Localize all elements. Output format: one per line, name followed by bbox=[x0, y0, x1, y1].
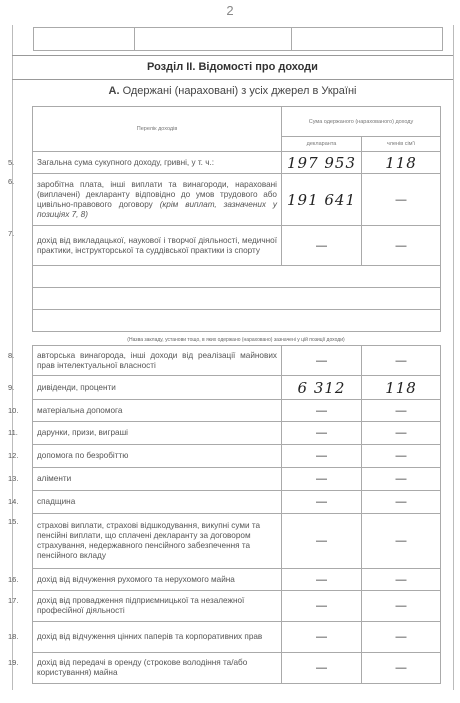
row-number: 16. bbox=[8, 575, 28, 585]
divider bbox=[12, 55, 453, 56]
header-declarant: декларанта bbox=[282, 137, 362, 152]
header-income-list: Перелік доходів bbox=[33, 107, 282, 152]
row-number: 19. bbox=[8, 658, 28, 668]
row-label: 13.аліменти bbox=[33, 468, 282, 491]
row-label: 9.дивіденди, проценти bbox=[33, 376, 282, 400]
institution-name-note: (Назва закладу, установи тощо, в яких од… bbox=[32, 337, 440, 343]
row-label-text: допомога по безробіттю bbox=[37, 451, 128, 460]
row-label: 5.Загальна сума сукупного доходу, гривні… bbox=[33, 152, 282, 174]
declarant-value: 191 641 bbox=[282, 174, 362, 226]
family-value: — bbox=[362, 174, 441, 226]
family-value: — bbox=[362, 445, 441, 468]
row-label: 6.заробітна плата, інші виплати та винаг… bbox=[33, 174, 282, 226]
family-value: — bbox=[362, 226, 441, 266]
row-label-text: матеріальна допомога bbox=[37, 406, 122, 415]
row-label-text: дивіденди, проценти bbox=[37, 383, 116, 392]
header-income-sum: Сума одержаного (нарахованого) доходу bbox=[282, 107, 441, 137]
previous-section-table-remnant bbox=[33, 27, 443, 51]
row-number: 6. bbox=[8, 177, 28, 187]
family-value: — bbox=[362, 569, 441, 591]
table-row: 7.дохід від викладацької, наукової і тво… bbox=[33, 226, 441, 266]
declarant-value: — bbox=[282, 622, 362, 653]
subsection-title: А. Одержані (нараховані) з усіх джерел в… bbox=[12, 85, 453, 97]
declarant-value: — bbox=[282, 468, 362, 491]
empty-cell bbox=[135, 28, 292, 50]
table-row: 11.дарунки, призи, виграші — — bbox=[33, 422, 441, 445]
row-label-text: дохід від відчуження цінних паперів та к… bbox=[37, 632, 262, 641]
table-row: 16.дохід від відчуження рухомого та неру… bbox=[33, 569, 441, 591]
divider bbox=[12, 79, 453, 80]
declarant-value: — bbox=[282, 569, 362, 591]
family-value: — bbox=[362, 653, 441, 684]
family-value: — bbox=[362, 514, 441, 569]
blank-line bbox=[33, 310, 441, 332]
row-label-text: дохід від відчуження рухомого та нерухом… bbox=[37, 575, 235, 584]
row-label-text: дохід від викладацької, наукової і творч… bbox=[37, 236, 277, 255]
row-number: 15. bbox=[8, 517, 28, 527]
row-number: 7. bbox=[8, 229, 28, 239]
blank-line bbox=[33, 266, 441, 288]
declarant-value: — bbox=[282, 226, 362, 266]
header-family: членів сім'ї bbox=[362, 137, 441, 152]
row-label: 16.дохід від відчуження рухомого та неру… bbox=[33, 569, 282, 591]
row-number: 10. bbox=[8, 406, 28, 416]
family-value: — bbox=[362, 400, 441, 422]
family-value: — bbox=[362, 622, 441, 653]
family-value: — bbox=[362, 468, 441, 491]
empty-cell bbox=[292, 28, 442, 50]
table-row: 19.дохід від передачі в оренду (строкове… bbox=[33, 653, 441, 684]
table-row: 15.страхові виплати, страхові відшкодува… bbox=[33, 514, 441, 569]
row-label-text: дохід від провадження підприємницької та… bbox=[37, 596, 244, 615]
blank-line bbox=[33, 288, 441, 310]
declarant-value: 6 312 bbox=[282, 376, 362, 400]
institution-blank-row bbox=[33, 288, 441, 310]
row-label: 12.допомога по безробіттю bbox=[33, 445, 282, 468]
declarant-value: — bbox=[282, 346, 362, 376]
declarant-value: — bbox=[282, 491, 362, 514]
table-row: 9.дивіденди, проценти 6 312 118 bbox=[33, 376, 441, 400]
row-number: 11. bbox=[8, 428, 28, 438]
row-label: 11.дарунки, призи, виграші bbox=[33, 422, 282, 445]
table-row: 5.Загальна сума сукупного доходу, гривні… bbox=[33, 152, 441, 174]
declarant-value: — bbox=[282, 422, 362, 445]
row-label-text: Загальна сума сукупного доходу, гривні, … bbox=[37, 158, 214, 167]
row-number: 9. bbox=[8, 383, 28, 393]
empty-cell bbox=[34, 28, 135, 50]
row-label-text: страхові виплати, страхові відшкодування… bbox=[37, 521, 260, 560]
table-row: 18.дохід від відчуження цінних паперів т… bbox=[33, 622, 441, 653]
subsection-prefix: А. bbox=[109, 85, 120, 97]
table-row: 13.аліменти — — bbox=[33, 468, 441, 491]
family-value: 118 bbox=[362, 376, 441, 400]
table-row: 10.матеріальна допомога — — bbox=[33, 400, 441, 422]
row-label-text: спадщина bbox=[37, 497, 75, 506]
row-label: 17.дохід від провадження підприємницької… bbox=[33, 591, 282, 622]
table-row: 12.допомога по безробіттю — — bbox=[33, 445, 441, 468]
family-value: — bbox=[362, 346, 441, 376]
declarant-value: — bbox=[282, 514, 362, 569]
row-label: 10.матеріальна допомога bbox=[33, 400, 282, 422]
row-label-text: аліменти bbox=[37, 474, 71, 483]
row-label-text: дохід від передачі в оренду (строкове во… bbox=[37, 658, 247, 677]
row-label: 19.дохід від передачі в оренду (строкове… bbox=[33, 653, 282, 684]
table-row: 17.дохід від провадження підприємницької… bbox=[33, 591, 441, 622]
row-number: 8. bbox=[8, 351, 28, 361]
declarant-value: — bbox=[282, 591, 362, 622]
row-label: 18.дохід від відчуження цінних паперів т… bbox=[33, 622, 282, 653]
row-number: 12. bbox=[8, 451, 28, 461]
row-number: 17. bbox=[8, 596, 28, 606]
income-table: Перелік доходів Сума одержаного (нарахов… bbox=[32, 106, 441, 684]
row-label-text: дарунки, призи, виграші bbox=[37, 428, 128, 437]
institution-blank-row bbox=[33, 266, 441, 288]
row-number: 18. bbox=[8, 632, 28, 642]
family-value: — bbox=[362, 491, 441, 514]
row-number: 5. bbox=[8, 158, 28, 168]
table-row: 14.спадщина — — bbox=[33, 491, 441, 514]
row-number: 13. bbox=[8, 474, 28, 484]
row-label: 7.дохід від викладацької, наукової і тво… bbox=[33, 226, 282, 266]
section-title: Розділ II. Відомості про доходи bbox=[12, 61, 453, 73]
family-value: — bbox=[362, 591, 441, 622]
declarant-value: 197 953 bbox=[282, 152, 362, 174]
row-number: 14. bbox=[8, 497, 28, 507]
declarant-value: — bbox=[282, 400, 362, 422]
family-value: — bbox=[362, 422, 441, 445]
institution-blank-row bbox=[33, 310, 441, 332]
row-label: 15.страхові виплати, страхові відшкодува… bbox=[33, 514, 282, 569]
table-row: 8.авторська винагорода, інші доходи від … bbox=[33, 346, 441, 376]
header-row: Перелік доходів Сума одержаного (нарахов… bbox=[33, 107, 441, 137]
row-label: 8.авторська винагорода, інші доходи від … bbox=[33, 346, 282, 376]
page-number: 2 bbox=[0, 3, 460, 18]
declarant-value: — bbox=[282, 653, 362, 684]
row-label-text: авторська винагорода, інші доходи від ре… bbox=[37, 351, 277, 370]
family-value: 118 bbox=[362, 152, 441, 174]
declarant-value: — bbox=[282, 445, 362, 468]
row-label: 14.спадщина bbox=[33, 491, 282, 514]
subsection-text: Одержані (нараховані) з усіх джерел в Ук… bbox=[123, 85, 357, 97]
table-row: 6.заробітна плата, інші виплати та винаг… bbox=[33, 174, 441, 226]
